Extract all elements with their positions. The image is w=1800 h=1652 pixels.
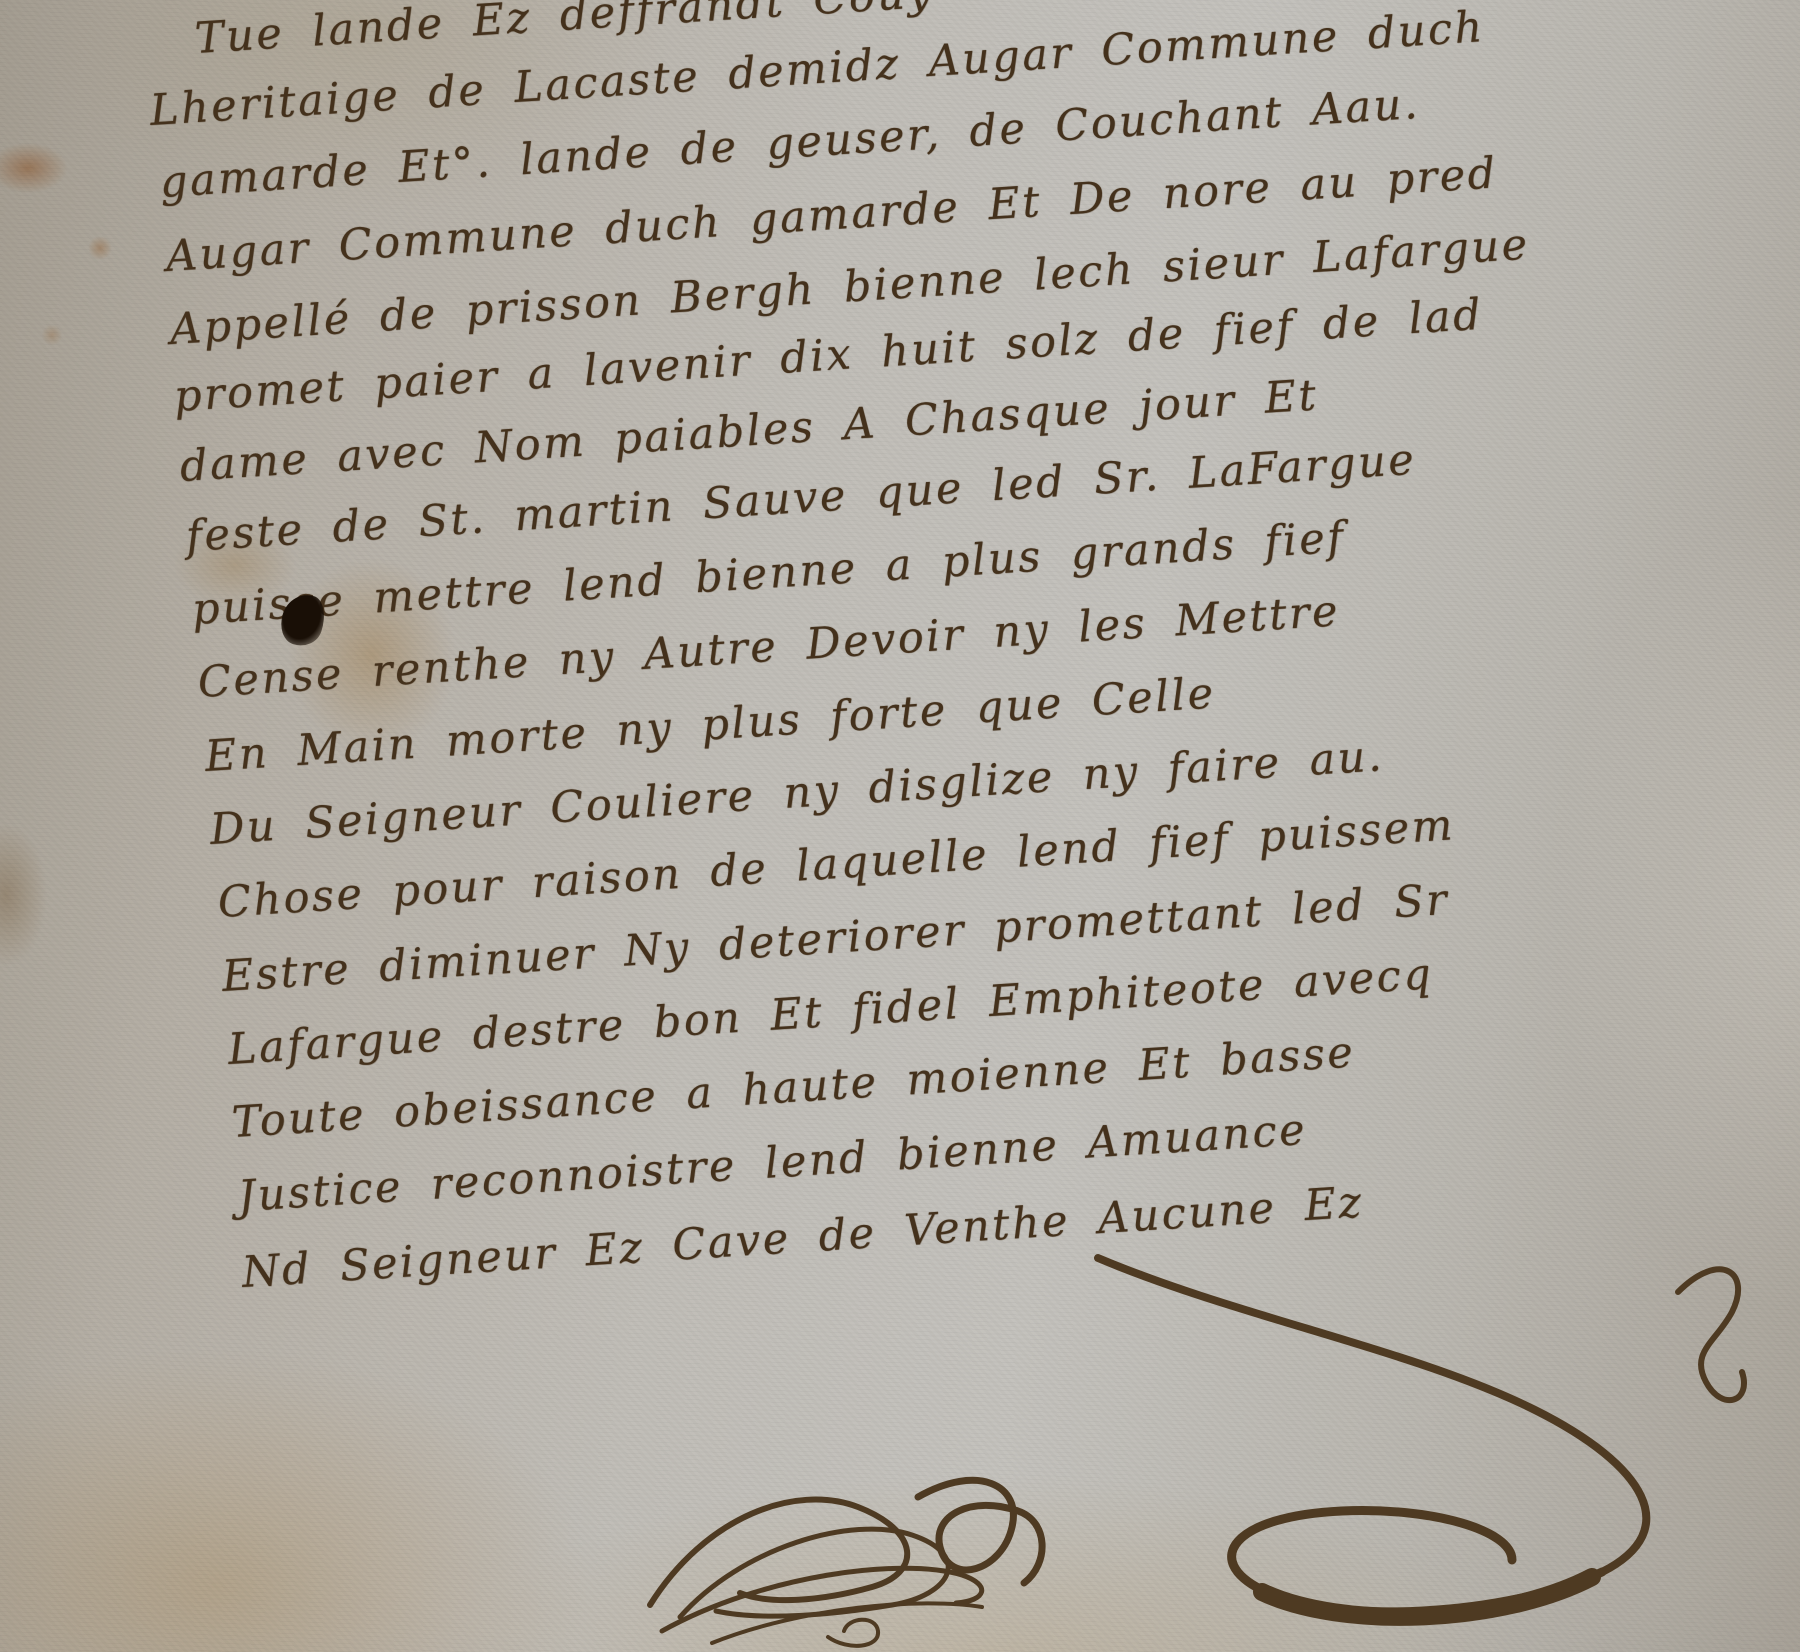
terminal-flourish [1080,1230,1800,1650]
manuscript-photo: Tue lande Ez deffrandt Couy Lheritaige d… [0,0,1800,1652]
